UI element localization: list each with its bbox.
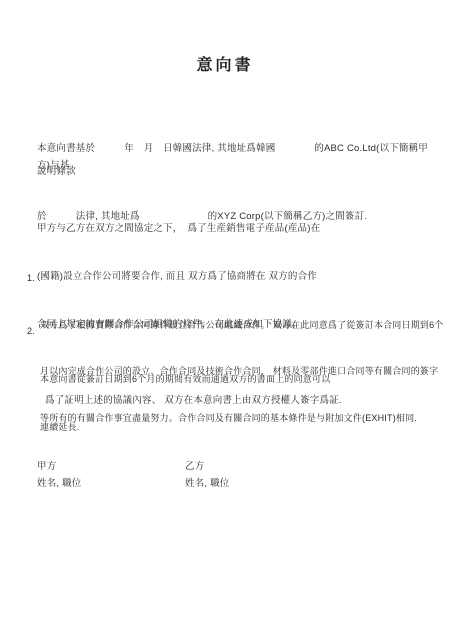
party-b-label: 乙方 xyxy=(185,459,229,476)
document-title: 意向書 xyxy=(0,52,450,75)
clause-2-number: 2. xyxy=(27,323,35,339)
closing-paragraph: 爲了証明上述的協議內容、 双方在本意向書上由双方授權人簽字爲証. xyxy=(45,392,425,409)
clause-2-line-2: 連續延長. xyxy=(40,419,450,435)
party-b-fields: 姓名, 職位 xyxy=(185,476,229,493)
signature-party-b: 乙方 姓名, 職位 xyxy=(185,459,229,492)
section-heading: 說明條款 xyxy=(37,163,76,180)
intro-line-1: 本意向書基於 年 月 日韓國法律, 其地址爲韓國 的ABC Co.Ltd(以下簡… xyxy=(37,140,437,174)
document-page: 意向書 本意向書基於 年 月 日韓國法律, 其地址爲韓國 的ABC Co.Ltd… xyxy=(0,0,450,636)
preamble-line-1: 甲方与乙方在双方之間協定之下， 爲了生産銷售電子産品(産品)在 xyxy=(37,221,337,237)
clause-2-line-1: 本意向書從簽訂日期到6个月的期間有效而通過双方的書面上的同意可以 xyxy=(40,371,450,387)
party-a-fields: 姓名, 職位 xyxy=(37,476,81,493)
party-a-label: 甲方 xyxy=(37,459,81,476)
signature-party-a: 甲方 姓名, 職位 xyxy=(37,459,81,492)
clause-1-number: 1. xyxy=(27,271,35,287)
